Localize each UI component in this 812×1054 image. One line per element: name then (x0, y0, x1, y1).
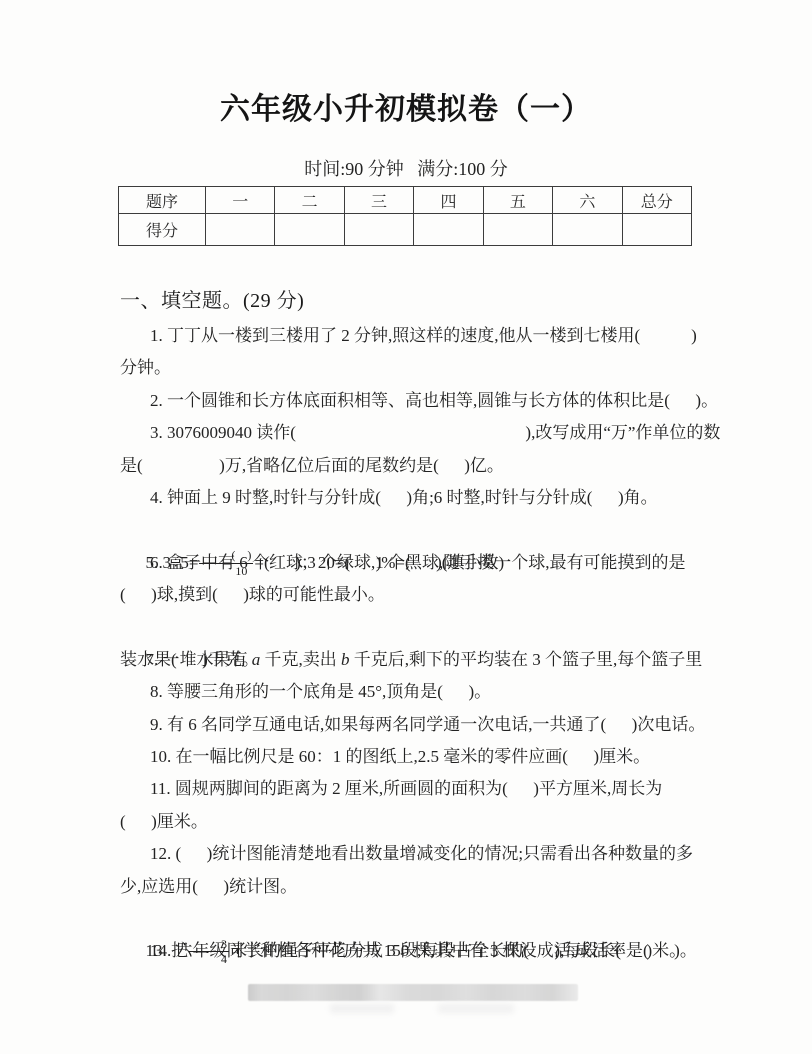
question-11-line-1: 11. 圆规两脚间的距离为 2 厘米,所画圆的面积为( )平方厘米,周长为 (120, 773, 720, 805)
question-3-line-1: 3. 3076009040 读作( ),改写成用“万”作单位的数 (120, 417, 720, 449)
watermark-smudge (438, 1004, 514, 1013)
score-cell-empty (483, 214, 552, 246)
question-3-line-2: 是( )万,省略亿位后面的尾数约是( )亿。 (120, 450, 720, 482)
score-table-header-cell: 总分 (622, 187, 691, 214)
score-cell-empty (622, 214, 691, 246)
question-6-line-1: 6. 盒子中有 6 个红球,3 个绿球,1 个黑球,随手摸一个球,最有可能摸到的… (120, 547, 720, 579)
watermark-smudge (330, 1004, 394, 1013)
score-cell-empty (275, 214, 344, 246)
score-cell-empty (553, 214, 622, 246)
question-1-line-2: 分钟。 (120, 352, 720, 384)
score-table-header-cell: 三 (344, 187, 413, 214)
score-row-label: 得分 (119, 214, 206, 246)
variable-b: b (341, 650, 350, 669)
score-table-header-cell: 四 (414, 187, 483, 214)
question-12-line-1: 12. ( )统计图能清楚地看出数量增减变化的情况;只需看出各种数量的多 (120, 838, 720, 870)
question-7-text-mid: 千克,卖出 (260, 650, 341, 669)
question-10-line-1: 10. 在一幅比例尺是 60：1 的图纸上,2.5 毫米的零件应画( )厘米。 (120, 741, 720, 773)
question-8-line-1: 8. 等腰三角形的一个底角是 45°,顶角是( )。 (120, 676, 720, 708)
questions-section: 一、填空题。(29 分) 1. 丁丁从一楼到三楼用了 2 分钟,照这样的速度,他… (120, 282, 720, 968)
exam-page: 六年级小升初模拟卷（一） 时间:90 分钟 满分:100 分 题序 一 二 三 … (0, 0, 812, 1054)
question-9-line-1: 9. 有 6 名同学互通电话,如果每两名同学通一次电话,一共通了( )次电话。 (120, 709, 720, 741)
score-cell-empty (344, 214, 413, 246)
question-6-line-2: ( )球,摸到( )球的可能性最小。 (120, 579, 720, 611)
question-1-line-1: 1. 丁丁从一楼到三楼用了 2 分钟,照这样的速度,他从一楼到七楼用( ) (120, 320, 720, 352)
score-table-score-row: 得分 (119, 214, 692, 246)
question-5-line-1: 5. 3÷5=( )10=( )：20=( )%=( )(填小数) (120, 514, 720, 546)
score-table-header-cell: 五 (483, 187, 552, 214)
score-cell-empty (414, 214, 483, 246)
score-table-header-row: 题序 一 二 三 四 五 六 总分 (119, 187, 692, 214)
page-title: 六年级小升初模拟卷（一） (0, 84, 812, 128)
question-13-line-1: 13. 把34米长的绳子平均分成 3 段,每段占全长的( ),每段长( )米。 (120, 903, 720, 935)
question-7-text-post: 千克后,剩下的平均装在 3 个篮子里,每个篮子里 (350, 650, 703, 669)
question-7-line-1: 7. 一堆水果有 a 千克,卖出 b 千克后,剩下的平均装在 3 个篮子里,每个… (120, 612, 720, 644)
question-14-line-1: 14. 六年级同学种植各种花卉共 150 棵,其中有 3 棵没成活,成活率是( … (120, 935, 720, 967)
score-table-header-cell: 题序 (119, 187, 206, 214)
score-table-header-cell: 六 (553, 187, 622, 214)
score-table-header-cell: 一 (206, 187, 275, 214)
score-cell-empty (206, 214, 275, 246)
score-table-header-cell: 二 (275, 187, 344, 214)
section-heading: 一、填空题。(29 分) (120, 282, 720, 320)
question-2-line-1: 2. 一个圆锥和长方体底面积相等、高也相等,圆锥与长方体的体积比是( )。 (120, 385, 720, 417)
redacted-watermark-bar (248, 984, 578, 1001)
question-11-line-2: ( )厘米。 (120, 806, 720, 838)
question-4-line-1: 4. 钟面上 9 时整,时针与分针成( )角;6 时整,时针与分针成( )角。 (120, 482, 720, 514)
score-table: 题序 一 二 三 四 五 六 总分 得分 (118, 186, 692, 246)
question-12-line-2: 少,应选用( )统计图。 (120, 871, 720, 903)
exam-info: 时间:90 分钟 满分:100 分 (0, 155, 812, 181)
